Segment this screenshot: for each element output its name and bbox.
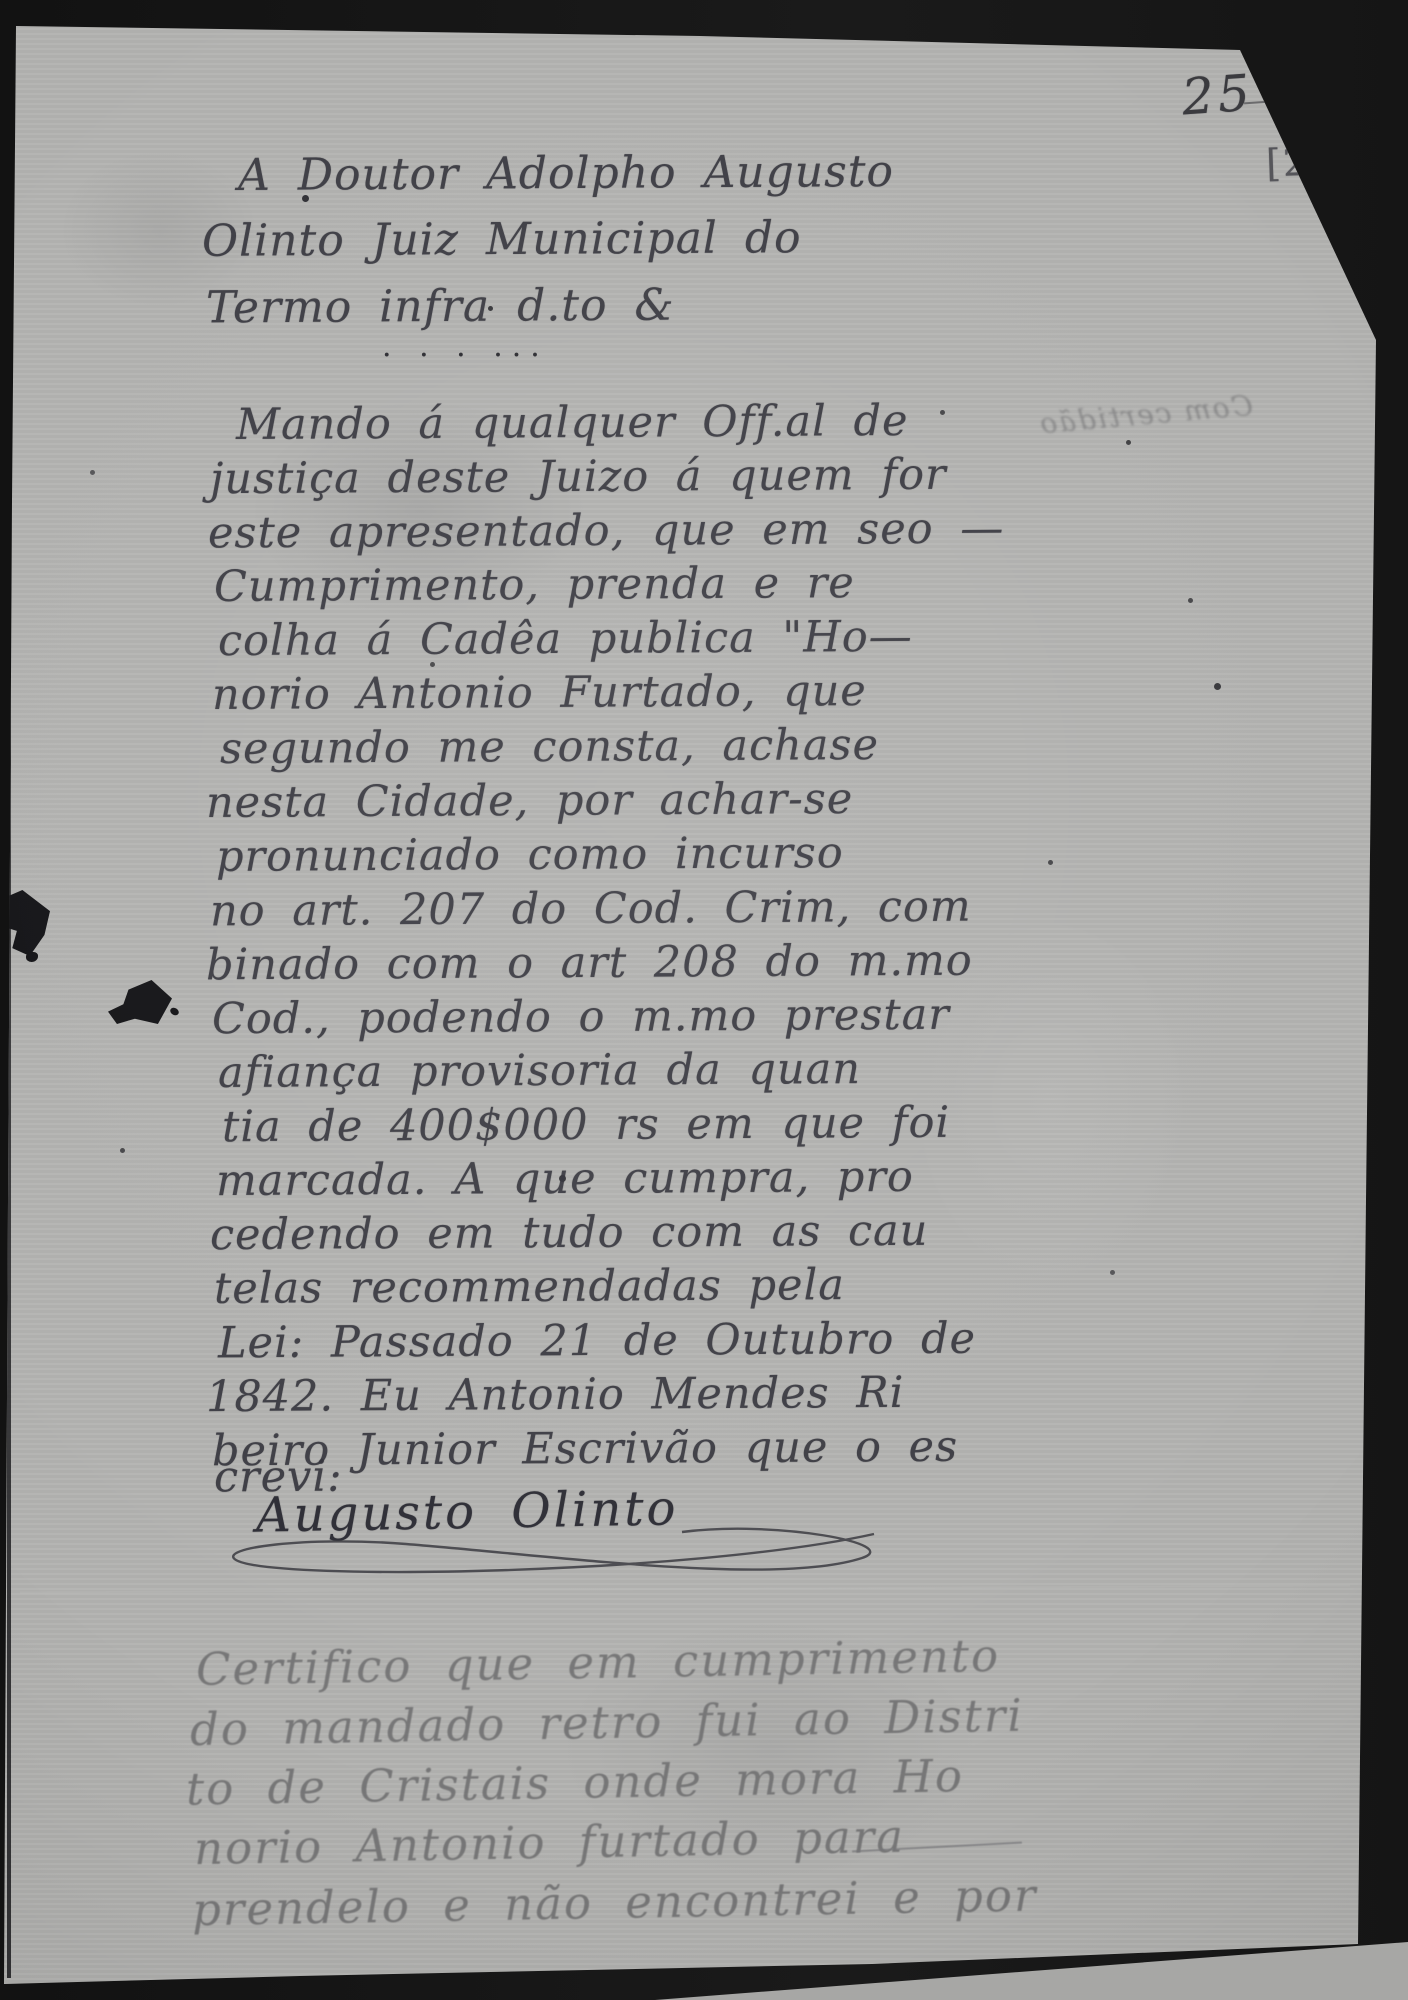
manuscript-body-line: Lei: Passado 21 de Outubro de — [218, 1314, 976, 1369]
paper-stain — [250, 400, 590, 620]
certificate-line: norio Antonio furtado para — [194, 1810, 906, 1875]
manuscript-heading-line: Olinto Juiz Municipal do — [202, 212, 802, 267]
manuscript-body-line: marcada. A que cumpra, pro — [216, 1152, 914, 1206]
paper-sheet: 25 [25] Com certidão A Doutor Adolpho Au… — [0, 0, 1408, 2000]
manuscript-body-line: tia de 400$000 rs em que foi — [222, 1098, 951, 1152]
manuscript-body-line: no art. 207 do Cod. Crim, com — [210, 882, 972, 937]
manuscript-heading-line: Termo infra d.to & — [206, 280, 675, 334]
scanned-manuscript-page: 25 [25] Com certidão A Doutor Adolpho Au… — [0, 0, 1408, 2000]
paper-stain — [560, 1620, 980, 1880]
manuscript-body-line: afiança provisoria da quan — [218, 1044, 861, 1098]
show-through-text: Com certidão — [1037, 389, 1254, 441]
manuscript-body-line: Mando á qualquer Off.al de — [236, 396, 909, 450]
manuscript-body-line: telas recommendadas pela — [214, 1260, 845, 1314]
manuscript-body-line: 1842. Eu Antonio Mendes Ri — [206, 1368, 905, 1422]
manuscript-body-line: colha á Cadêa publica "Ho— — [218, 612, 913, 666]
manuscript-body-line: Cod., podendo o m.mo prestar — [212, 990, 950, 1045]
manuscript-body-line: este apresentado, que em seo — — [208, 504, 1005, 559]
ink-blot — [169, 1006, 180, 1017]
manuscript-body-line: Cumprimento, prenda e re — [214, 558, 855, 612]
ink-blot — [4, 890, 50, 956]
folio-underline-stroke — [1244, 98, 1312, 105]
paper-stain — [60, 150, 260, 310]
ink-blot — [26, 952, 38, 962]
paper-crease — [20, 1585, 1350, 1594]
manuscript-body-line: cedendo em tudo com as cau — [210, 1206, 929, 1260]
certificate-line: Certifico que em cumprimento — [196, 1629, 1001, 1696]
archival-page-number: [25] — [1265, 139, 1352, 186]
ink-blot — [108, 980, 172, 1024]
manuscript-body-line: nesta Cidade, por achar-se — [206, 774, 853, 828]
folio-number: 25 — [1180, 64, 1255, 127]
dots-row: · · · ··· — [382, 338, 549, 373]
manuscript-body-line: norio Antonio Furtado, que — [212, 666, 867, 720]
certificate-line: do mandado retro fui ao Distri — [190, 1689, 1025, 1757]
certificate-line: prendelo e não encontrei e por — [192, 1869, 1038, 1937]
manuscript-heading-line: A Doutor Adolpho Augusto — [238, 146, 894, 201]
manuscript-body-line: beiro Junior Escrivão que o es — [212, 1422, 958, 1477]
certificate-underline-stroke — [852, 1842, 1022, 1853]
left-fold-shadow — [7, 28, 11, 1978]
certificate-line: to de Cristais onde mora Ho — [186, 1749, 965, 1816]
manuscript-body-line: binado com o art 208 do m.mo — [206, 936, 973, 991]
manuscript-body-line: segundo me consta, achase — [220, 720, 879, 774]
signature-flourish — [214, 1512, 914, 1607]
manuscript-body-line: justiça deste Juizo á quem for — [210, 450, 947, 504]
ink-specks — [0, 0, 5, 5]
manuscript-body-line: pronunciado como incurso — [216, 828, 844, 882]
paper-stain — [900, 900, 1200, 1300]
manuscript-body-line: crevi: — [214, 1452, 343, 1503]
signature: Augusto Olinto — [256, 1480, 679, 1543]
